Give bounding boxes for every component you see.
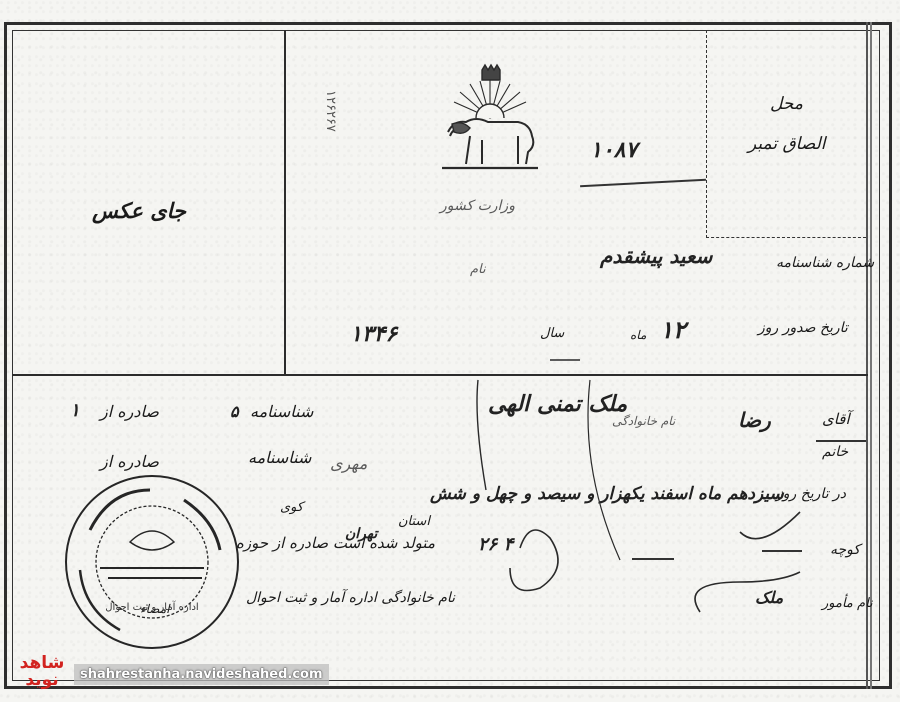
stamp-text: اداره آمار و ثبت احوال xyxy=(105,600,198,613)
watermark-logo: شاهد نوید xyxy=(12,655,72,693)
watermark: شاهد نوید shahrestanha.navideshahed.com xyxy=(12,655,329,693)
watermark-url[interactable]: shahrestanha.navideshahed.com xyxy=(74,664,329,685)
official-seal-icon: اداره آمار و ثبت احوال xyxy=(60,470,245,655)
document-paper: محل الصاق تمبر جای عکس ۱۲۶۲۶۷ وزارت کشور… xyxy=(0,0,900,702)
watermark-logo-line2: نوید xyxy=(12,672,72,689)
